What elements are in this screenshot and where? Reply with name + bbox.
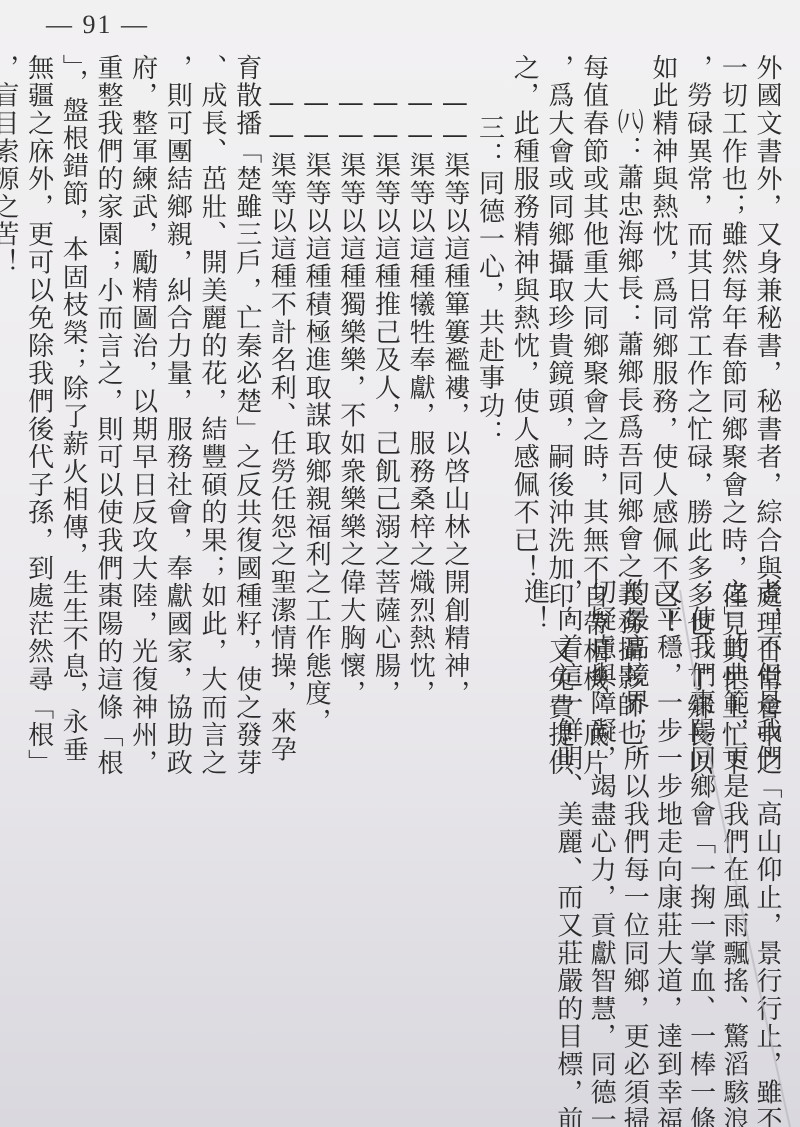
dash-list-item: ——渠等以這種篳簍襤褸，以啓山林之開創精神， bbox=[439, 54, 470, 614]
lower-text-block: 者，不但是我們「高山仰止，景行行止，雖不能至，心嚮往 之」的典範，更是我們在風雨… bbox=[512, 578, 782, 1098]
text-column: 之，此種服務精神與熱忱，使人感佩不已！ bbox=[509, 54, 540, 614]
text-column: 每值春節或其他重大同鄉聚會之時，其無不自帶相機、底片 bbox=[578, 54, 609, 614]
text-column: ，盲目索源之苦！ bbox=[0, 54, 19, 614]
text-column-section-8: ㈧：蕭忠海鄉長：蕭鄉長爲吾同鄉會之義務攝影師也， bbox=[613, 54, 644, 614]
text-column: 之」的典範，更是我們在風雨飄搖、驚滔駭浪中的救生方舟 bbox=[718, 578, 749, 1098]
dash-list-item: ——渠等以這種犧牲奉獻，服務桑梓之熾烈熱忱， bbox=[405, 54, 436, 614]
dash-list-item: ——渠等以這種積極進取謀取鄉親福利之工作態度， bbox=[301, 54, 332, 614]
page-number: — 91 — bbox=[46, 10, 149, 40]
text-column: 者，不但是我們「高山仰止，景行行止，雖不能至，心嚮往 bbox=[752, 578, 783, 1098]
text-column: 育散播「楚雖三戶，亡秦必楚」之反共復國種籽，使之發芽 bbox=[231, 54, 262, 614]
text-column: 重整我們的家園；小而言之，則可以使我們棗陽的這條「根 bbox=[92, 54, 123, 614]
text-column: 進！ bbox=[519, 578, 550, 1098]
dash-list-item: ——渠等以這種推己及人，己飢己溺之菩薩心腸， bbox=[370, 54, 401, 614]
text-column: 、成長、茁壯、開美麗的花，結豐碩的果；如此，大而言之 bbox=[197, 54, 228, 614]
text-column: ；使我們棗陽同鄉會「一掬一掌血、一棒一條痕」的既紮實 bbox=[685, 578, 716, 1098]
section-heading: 三：同德一心，共赴事功： bbox=[474, 54, 505, 614]
text-column: 無疆之庥外，更可以免除我們後代子孫，到處茫然尋「根」 bbox=[23, 54, 54, 614]
text-column: ，向着這一鮮明、美麗、而又莊嚴的目標，前進、前進、前 bbox=[552, 578, 583, 1098]
text-column: 的最高境界；所以我們每一位同鄉，更必須掃除心理上的一 bbox=[619, 578, 650, 1098]
upper-text-block: 外國文書外，又身兼秘書，秘書者，綜合與處理日常會中之 一切工作也；雖然每年春節同… bbox=[40, 54, 782, 614]
text-column: 一切工作也；雖然每年春節同鄉聚會之時，僅見其忙上忙下 bbox=[717, 54, 748, 614]
dash-list-item: ——渠等以這種獨樂樂，不如衆樂樂之偉大胸懷， bbox=[335, 54, 366, 614]
text-column: 外國文書外，又身兼秘書，秘書者，綜合與處理日常會中之 bbox=[752, 54, 783, 614]
text-column: 如此精神與熱忱，爲同鄉服務，使人感佩不已！ bbox=[647, 54, 678, 614]
text-column: ，勞碌異常，而其日常工作之忙碌，勝此多多也；丁鄉長以 bbox=[682, 54, 713, 614]
text-column: 府，整軍練武，勵精圖治，以期早日反攻大陸，光復神州， bbox=[127, 54, 158, 614]
text-column: 又平穩，一步一步地走向康莊大道，達到幸福美滿自由安樂 bbox=[652, 578, 683, 1098]
text-column: 」，盤根錯節，本固枝榮；除了薪火相傳，生生不息，永垂 bbox=[58, 54, 89, 614]
text-column: 切疑慮與障礙，竭盡心力，貢獻智慧，同德一心，共赴事功 bbox=[586, 578, 617, 1098]
dash-list-item: ——渠等以這種不計名利、任勞任怨之聖潔情操，來孕 bbox=[266, 54, 297, 614]
text-column: ，爲大會或同鄉攝取珍貴鏡頭，嗣後沖洗加印，又免費提供 bbox=[543, 54, 574, 614]
text-column: ，則可團結鄉親，糾合力量，服務社會，奉獻國家，協助政 bbox=[162, 54, 193, 614]
